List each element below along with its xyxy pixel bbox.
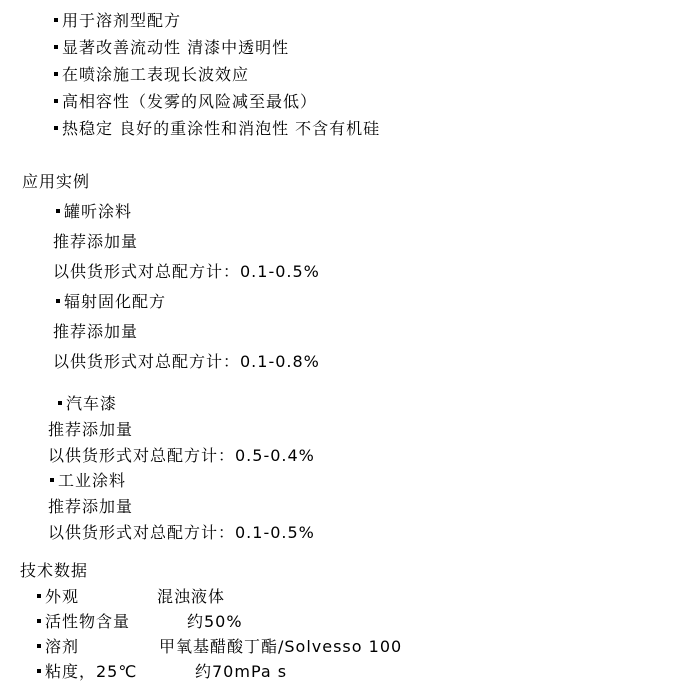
bullet-icon bbox=[54, 99, 58, 103]
tech-row: 外观 混浊液体 bbox=[37, 587, 79, 606]
application-name: 工业涂料 bbox=[50, 471, 126, 490]
feature-text: 高相容性（发雾的风险减至最低） bbox=[62, 92, 317, 111]
tech-label: 溶剂 bbox=[45, 637, 79, 656]
application-name: 汽车漆 bbox=[58, 394, 117, 413]
feature-text: 在喷涂施工表现长波效应 bbox=[62, 65, 249, 84]
datasheet-page: 用于溶剂型配方 显著改善流动性 清漆中透明性 在喷涂施工表现长波效应 高相容性（… bbox=[0, 0, 698, 700]
feature-item: 显著改善流动性 清漆中透明性 bbox=[54, 38, 289, 57]
tech-value: 约50% bbox=[187, 612, 243, 631]
application-name-text: 辐射固化配方 bbox=[64, 292, 166, 311]
application-name-text: 罐听涂料 bbox=[64, 202, 132, 221]
feature-text: 热稳定 良好的重涂性和消泡性 不含有机硅 bbox=[62, 119, 380, 138]
dosage-value: 以供货形式对总配方计：0.5-0.4% bbox=[48, 446, 315, 465]
tech-row: 活性物含量 约50% bbox=[37, 612, 130, 631]
dosage-label: 推荐添加量 bbox=[53, 322, 138, 341]
bullet-icon bbox=[37, 644, 41, 648]
application-name: 罐听涂料 bbox=[56, 202, 132, 221]
feature-item: 在喷涂施工表现长波效应 bbox=[54, 65, 249, 84]
bullet-icon bbox=[58, 401, 62, 405]
tech-label: 外观 bbox=[45, 587, 79, 606]
application-name-text: 工业涂料 bbox=[58, 471, 126, 490]
dosage-value: 以供货形式对总配方计：0.1-0.8% bbox=[53, 352, 320, 371]
bullet-icon bbox=[54, 72, 58, 76]
feature-item: 用于溶剂型配方 bbox=[54, 11, 181, 30]
bullet-icon bbox=[37, 669, 41, 673]
dosage-value: 以供货形式对总配方计：0.1-0.5% bbox=[53, 262, 320, 281]
tech-value: 甲氧基醋酸丁酯/Solvesso 100 bbox=[159, 637, 402, 656]
dosage-label: 推荐添加量 bbox=[48, 420, 133, 439]
bullet-icon bbox=[56, 299, 60, 303]
bullet-icon bbox=[50, 478, 54, 482]
bullet-icon bbox=[54, 45, 58, 49]
tech-label: 活性物含量 bbox=[45, 612, 130, 631]
bullet-icon bbox=[56, 209, 60, 213]
tech-row: 粘度，25℃ 约70mPa s bbox=[37, 662, 137, 681]
application-name: 辐射固化配方 bbox=[56, 292, 166, 311]
application-name-text: 汽车漆 bbox=[66, 394, 117, 413]
feature-text: 用于溶剂型配方 bbox=[62, 11, 181, 30]
bullet-icon bbox=[54, 18, 58, 22]
bullet-icon bbox=[54, 126, 58, 130]
tech-value: 约70mPa s bbox=[195, 662, 287, 681]
applications-heading: 应用实例 bbox=[22, 172, 90, 191]
tech-row: 溶剂 甲氧基醋酸丁酯/Solvesso 100 bbox=[37, 637, 79, 656]
dosage-label: 推荐添加量 bbox=[53, 232, 138, 251]
feature-text: 显著改善流动性 清漆中透明性 bbox=[62, 38, 289, 57]
bullet-icon bbox=[37, 594, 41, 598]
feature-item: 高相容性（发雾的风险减至最低） bbox=[54, 92, 317, 111]
feature-item: 热稳定 良好的重涂性和消泡性 不含有机硅 bbox=[54, 119, 380, 138]
tech-value: 混浊液体 bbox=[157, 587, 225, 606]
tech-label: 粘度，25℃ bbox=[45, 662, 137, 681]
technical-data-heading: 技术数据 bbox=[20, 561, 88, 580]
dosage-value: 以供货形式对总配方计：0.1-0.5% bbox=[48, 523, 315, 542]
bullet-icon bbox=[37, 619, 41, 623]
dosage-label: 推荐添加量 bbox=[48, 497, 133, 516]
